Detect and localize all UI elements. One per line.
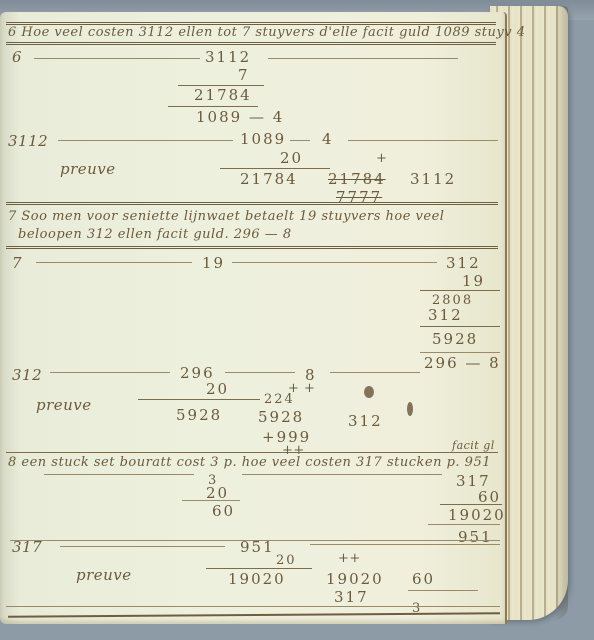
sum-line <box>182 500 240 501</box>
proof1-division-marks: + <box>376 152 387 165</box>
proof1-product: 21784 <box>240 172 298 187</box>
problem2-partial2: 312 <box>428 308 463 323</box>
problem3-result: 951 <box>458 530 493 545</box>
sum-line <box>440 504 502 505</box>
proof3-division-dividend: 19020 <box>326 572 384 587</box>
problem3-count: 317 <box>456 474 491 489</box>
guide-line <box>225 372 295 373</box>
heading-rule-top <box>6 452 498 453</box>
sum-line <box>420 290 500 291</box>
ink-blot <box>407 402 413 416</box>
proof1-row-left: 3112 <box>8 134 48 149</box>
proof1-multiplier: 20 <box>280 151 303 166</box>
guide-line <box>44 474 194 475</box>
proof2-product: 5928 <box>176 408 222 423</box>
problem2-row-right: 312 <box>446 256 481 271</box>
problem2-heading-line1: 7 Soo men voor seniette lijnwaet betaelt… <box>8 210 444 223</box>
problem3-product: 19020 <box>448 508 506 523</box>
proof2-division-dividend: 5928 <box>258 410 304 425</box>
problem3-multiplier: 60 <box>478 490 501 505</box>
guide-line <box>50 372 170 373</box>
proof3-row-center: 951 <box>240 540 275 555</box>
problem3-facit-label: facit gl <box>452 440 495 451</box>
problem2-result: 296 — 8 <box>424 356 501 371</box>
guide-line <box>330 372 420 373</box>
problem2-row-center: 19 <box>202 256 225 271</box>
problem2-multiplier: 19 <box>462 274 485 289</box>
proof3-label: preuve <box>76 568 132 583</box>
guide-line <box>408 590 478 591</box>
guide-line <box>268 58 458 59</box>
problem1-row-center: 3112 <box>205 50 251 65</box>
problem3-left-multiplier: 20 <box>206 486 229 501</box>
page-edge-shadow <box>554 6 568 620</box>
proof2-division-partials: 224 <box>264 393 295 406</box>
guide-line <box>58 140 233 141</box>
proof1-row-center-right: 4 <box>322 132 334 147</box>
proof1-division-divisor: 3112 <box>410 172 456 187</box>
heading-rule-bottom <box>6 246 498 249</box>
problem2-heading-line2: beloopen 312 ellen facit guld. 296 — 8 <box>18 228 292 241</box>
problem1-product: 21784 <box>194 88 252 103</box>
proof3-division-marks: ++ <box>338 552 361 565</box>
proof3-division-remainders: 317 <box>334 590 369 605</box>
proof2-row-center: 296 <box>180 366 215 381</box>
problem2-row-left: 7 <box>12 256 22 271</box>
sum-line <box>420 326 500 327</box>
problem1-heading: 6 Hoe veel costen 3112 ellen tot 7 stuyv… <box>8 26 526 39</box>
bottom-guide-line <box>6 606 500 607</box>
sum-line <box>138 399 260 400</box>
guide-line <box>34 58 200 59</box>
heading-rule-top <box>6 202 498 205</box>
proof3-row-left: 317 <box>12 540 42 555</box>
bottom-border-rule <box>8 612 500 617</box>
proof1-row-center: 1089 <box>240 132 286 147</box>
proof2-division-divisor: 312 <box>348 414 383 429</box>
proof3-product: 19020 <box>228 572 286 587</box>
sum-line <box>428 524 500 525</box>
guide-line <box>60 546 225 547</box>
sum-line <box>168 106 258 107</box>
problem3-left-result: 60 <box>212 504 235 519</box>
proof3-multiplier: 20 <box>276 554 297 567</box>
guide-line <box>348 140 498 141</box>
proof2-label: preuve <box>36 398 92 413</box>
proof1-label: preuve <box>60 162 116 177</box>
workbook-page: 6 Hoe veel costen 3112 ellen tot 7 stuyv… <box>0 12 507 624</box>
proof1-division-dividend: 21784 <box>328 172 386 187</box>
guide-line <box>232 262 437 263</box>
proof2-multiplier: 20 <box>206 382 229 397</box>
guide-line <box>242 474 442 475</box>
sum-line <box>206 568 312 569</box>
guide-line <box>290 140 310 141</box>
problem3-heading: 8 een stuck set bouratt cost 3 p. hoe ve… <box>8 456 491 469</box>
problem1-multiplier: 7 <box>238 68 250 83</box>
proof3-division-divisor: 60 <box>412 572 435 587</box>
proof2-row-left: 312 <box>12 368 42 383</box>
problem1-row-left: 6 <box>12 50 22 65</box>
problem2-product: 5928 <box>432 332 478 347</box>
heading-rule-bottom <box>6 42 496 45</box>
ink-blot <box>364 386 374 398</box>
problem1-result: 1089 — 4 <box>196 110 284 125</box>
sum-line <box>220 168 330 169</box>
sum-line <box>420 352 500 353</box>
guide-line <box>36 262 192 263</box>
guide-line <box>310 544 500 545</box>
